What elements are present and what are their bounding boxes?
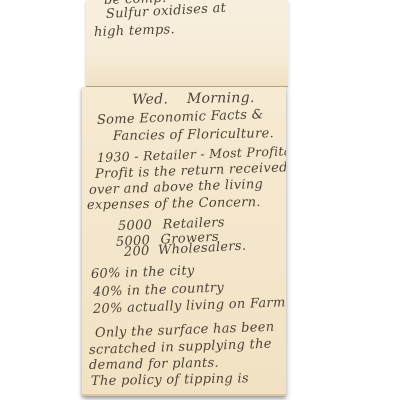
handwritten-line: scratched in supplying the bbox=[89, 338, 272, 358]
handwritten-line: 20% actually living on Farms. bbox=[93, 296, 286, 317]
page-heading: Wed. Morning. bbox=[132, 91, 255, 107]
handwritten-line: 60% in the city bbox=[91, 264, 195, 282]
handwritten-line: The policy of tipping is bbox=[91, 372, 249, 389]
photo-background: be comp. Sulfur oxidises at high temps. … bbox=[0, 0, 400, 400]
main-notebook-page: Wed. Morning. Some Economic Facts & Fanc… bbox=[82, 87, 286, 396]
handwritten-line: expenses of the Concern. bbox=[87, 196, 261, 213]
handwritten-line: Fancies of Floriculture. bbox=[113, 127, 274, 144]
top-notebook-page: be comp. Sulfur oxidises at high temps. bbox=[86, 0, 288, 87]
handwritten-line: high temps. bbox=[94, 23, 175, 40]
handwritten-line: demand for plants. bbox=[89, 357, 219, 373]
handwritten-line: Some Economic Facts & bbox=[97, 108, 264, 128]
